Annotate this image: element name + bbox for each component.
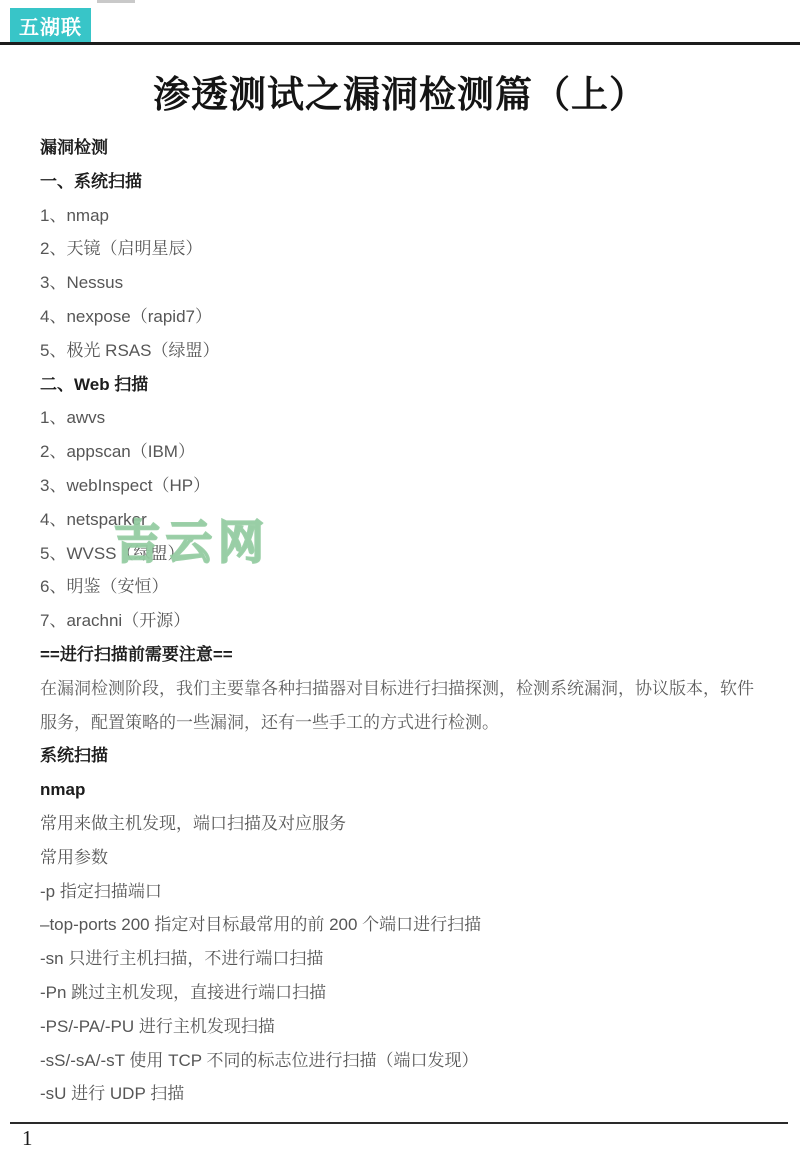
header-rule bbox=[0, 42, 800, 45]
section-heading-web-scan: 二、Web 扫描 bbox=[40, 368, 760, 402]
param-line-top-ports: –top-ports 200 指定对目标最常用的前 200 个端口进行扫描 bbox=[40, 908, 760, 942]
page-number: 1 bbox=[22, 1126, 33, 1151]
footer-rule bbox=[10, 1122, 788, 1124]
paragraph-scan-notice: 在漏洞检测阶段，我们主要靠各种扫描器对目标进行扫描探测，检测系统漏洞，协议版本，… bbox=[40, 672, 760, 740]
list-item-netsparker: 4、netsparker bbox=[40, 503, 760, 537]
param-line-ss-sa-st: -sS/-sA/-sT 使用 TCP 不同的标志位进行扫描（端口发现） bbox=[40, 1044, 760, 1078]
heading-vulnerability-detection: 漏洞检测 bbox=[40, 131, 760, 165]
heading-scan-notice: ==进行扫描前需要注意== bbox=[40, 638, 760, 672]
list-item-appscan: 2、appscan（IBM） bbox=[40, 435, 760, 469]
param-line-pn: -Pn 跳过主机发现，直接进行端口扫描 bbox=[40, 976, 760, 1010]
text-common-params: 常用参数 bbox=[40, 841, 760, 875]
list-item-awvs: 1、awvs bbox=[40, 401, 760, 435]
param-line-p: -p 指定扫描端口 bbox=[40, 875, 760, 909]
list-item-mingjian: 6、明鉴（安恒） bbox=[40, 570, 760, 604]
param-line-ps-pa-pu: -PS/-PA/-PU 进行主机发现扫描 bbox=[40, 1010, 760, 1044]
list-item-arachni: 7、arachni（开源） bbox=[40, 604, 760, 638]
list-item-webinspect: 3、webInspect（HP） bbox=[40, 469, 760, 503]
param-line-sn: -sn 只进行主机扫描，不进行端口扫描 bbox=[40, 942, 760, 976]
param-line-su: -sU 进行 UDP 扫描 bbox=[40, 1077, 760, 1111]
scan-artifact bbox=[97, 0, 135, 3]
list-item-rsas: 5、极光 RSAS（绿盟） bbox=[40, 334, 760, 368]
document-body: 漏洞检测 一、系统扫描 1、nmap 2、天镜（启明星辰） 3、Nessus 4… bbox=[40, 131, 760, 1111]
list-item-nessus: 3、Nessus bbox=[40, 266, 760, 300]
page-title: 渗透测试之漏洞检测篇（上） bbox=[0, 64, 800, 118]
list-item-tianjing: 2、天镜（启明星辰） bbox=[40, 232, 760, 266]
brand-badge: 五湖联 bbox=[10, 8, 91, 44]
heading-system-scan: 系统扫描 bbox=[40, 739, 760, 773]
list-item-wvss: 5、WVSS（绿盟） bbox=[40, 537, 760, 571]
text-nmap-usage: 常用来做主机发现，端口扫描及对应服务 bbox=[40, 807, 760, 841]
heading-nmap: nmap bbox=[40, 773, 760, 807]
document-page: 五湖联 渗透测试之漏洞检测篇（上） 漏洞检测 一、系统扫描 1、nmap 2、天… bbox=[0, 0, 800, 1158]
list-item-nexpose: 4、nexpose（rapid7） bbox=[40, 300, 760, 334]
section-heading-system-scan: 一、系统扫描 bbox=[40, 165, 760, 199]
list-item-nmap: 1、nmap bbox=[40, 199, 760, 233]
